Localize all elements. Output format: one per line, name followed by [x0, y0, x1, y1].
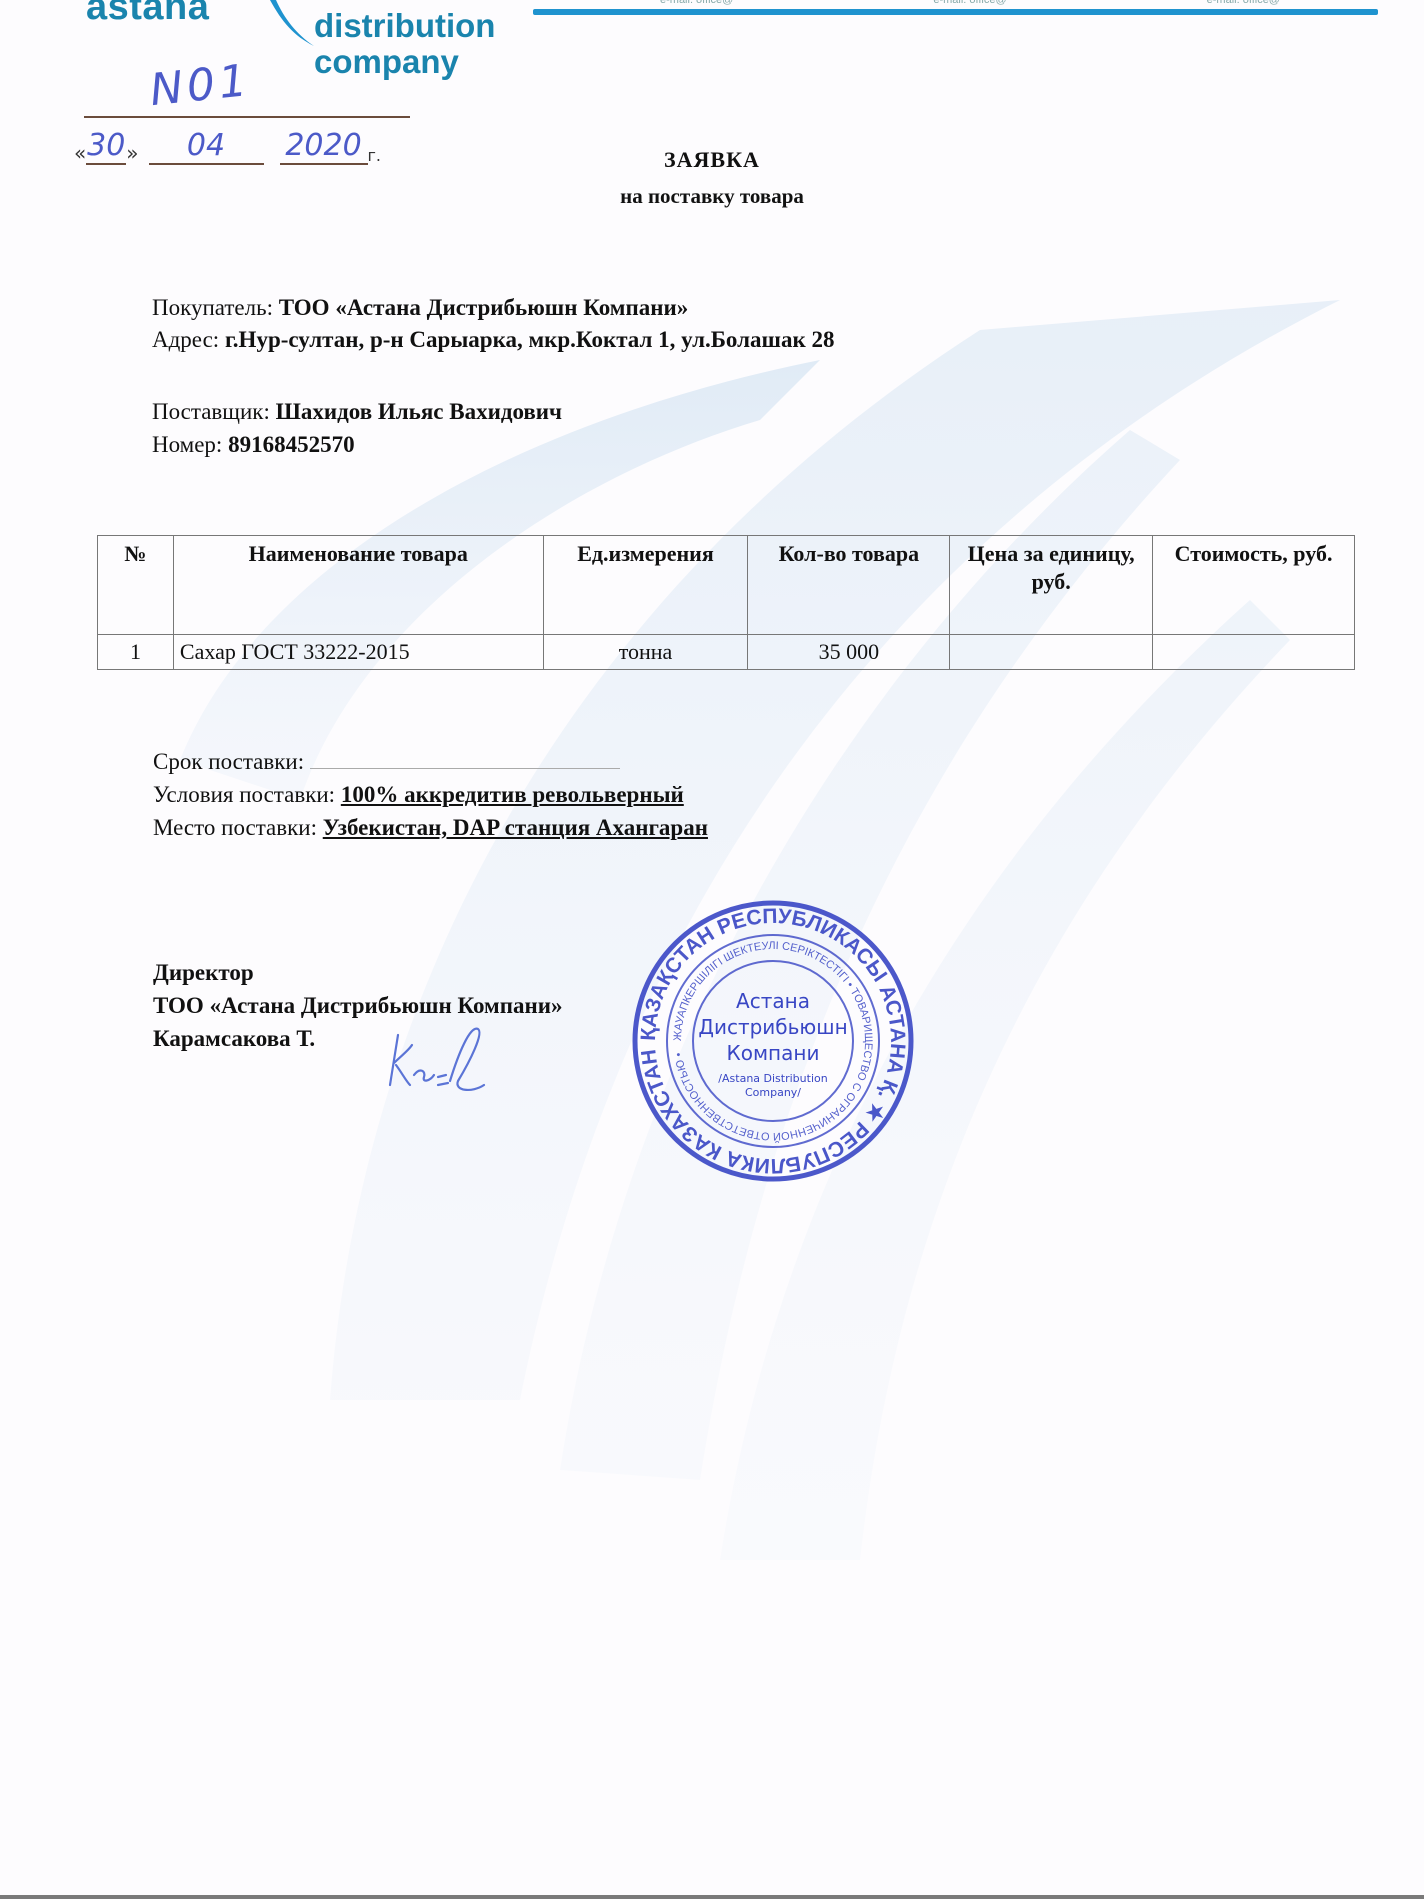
stamp-line-5: Company/: [745, 1086, 801, 1099]
cell-number: 1: [98, 635, 174, 670]
conditions-line: Условия поставки: 100% аккредитив револь…: [153, 780, 684, 810]
col-header-quantity: Кол-во товара: [748, 536, 950, 635]
cell-total: [1153, 635, 1355, 670]
conditions-value: 100% аккредитив револьверный: [341, 782, 684, 807]
buyer-line: Покупатель: ТОО «Астана Дистрибьюшн Комп…: [152, 293, 688, 323]
logo-astana: astana: [86, 0, 209, 29]
stamp-line-2: Дистрибьюшн: [698, 1015, 847, 1039]
header-contacts: e-mail: office@ e-mail: office@ e-mail: …: [560, 0, 1380, 6]
cell-quantity: 35 000: [748, 635, 950, 670]
conditions-label: Условия поставки:: [153, 782, 335, 807]
col-header-name: Наименование товара: [173, 536, 543, 635]
phone-line: Номер: 89168452570: [152, 430, 355, 460]
logo-line-company: company: [314, 44, 495, 80]
place-value: Узбекистан, DAP станция Ахангаран: [323, 815, 708, 840]
stamp-line-1: Астана: [736, 989, 810, 1013]
phone-label: Номер:: [152, 432, 222, 457]
signatory-position: Директор: [153, 958, 254, 988]
contact-email: e-mail: office@: [933, 0, 1006, 6]
phone-value: 89168452570: [228, 432, 355, 457]
header-bar: [533, 9, 1378, 15]
delivery-time-blank: [310, 748, 620, 769]
place-label: Место поставки:: [153, 815, 317, 840]
address-value: г.Нур-султан, р-н Сарыарка, мкр.Коктал 1…: [225, 327, 835, 352]
table-header-row: № Наименование товара Ед.измерения Кол-в…: [98, 536, 1355, 635]
buyer-value: ТОО «Астана Дистрибьюшн Компани»: [279, 295, 688, 320]
delivery-time-label: Срок поставки:: [153, 749, 304, 774]
logo-swoosh-icon: [268, 0, 318, 48]
number-underline: [84, 116, 410, 118]
col-header-unit: Ед.измерения: [543, 536, 748, 635]
document-number: N01: [148, 55, 254, 116]
supplier-value: Шахидов Ильяс Вахидович: [276, 399, 562, 424]
address-label: Адрес:: [152, 327, 219, 352]
supplier-label: Поставщик:: [152, 399, 270, 424]
address-line: Адрес: г.Нур-султан, р-н Сарыарка, мкр.К…: [152, 325, 834, 355]
signatory-name: Карамсакова Т.: [153, 1024, 315, 1054]
place-line: Место поставки: Узбекистан, DAP станция …: [153, 813, 708, 843]
goods-table: № Наименование товара Ед.измерения Кол-в…: [97, 535, 1355, 670]
contact-email: e-mail: office@: [660, 0, 733, 6]
document-title: ЗАЯВКА: [0, 147, 1424, 173]
signatory-company: ТОО «Астана Дистрибьюшн Компани»: [153, 991, 562, 1021]
buyer-label: Покупатель:: [152, 295, 273, 320]
stamp-line-4: /Astana Distribution: [718, 1072, 827, 1085]
contact-email: e-mail: office@: [1207, 0, 1280, 6]
page-bottom-edge: [0, 1895, 1424, 1899]
stamp-line-3: Компани: [727, 1041, 820, 1065]
supplier-line: Поставщик: Шахидов Ильяс Вахидович: [152, 397, 562, 427]
col-header-total: Стоимость, руб.: [1153, 536, 1355, 635]
col-header-number: №: [98, 536, 174, 635]
cell-unit-price: [950, 635, 1153, 670]
col-header-unit-price: Цена за единицу, руб.: [950, 536, 1153, 635]
document-subtitle: на поставку товара: [0, 184, 1424, 209]
logo-distribution-company: distribution company: [314, 8, 495, 80]
cell-name: Сахар ГОСТ 33222-2015: [173, 635, 543, 670]
delivery-time-line: Срок поставки:: [153, 747, 620, 777]
company-stamp: ҚАЗАҚСТАН РЕСПУБЛИКАСЫ АСТАНА Қ. ★ РЕСПУ…: [630, 898, 916, 1184]
logo-line-distribution: distribution: [314, 8, 495, 44]
table-row: 1 Сахар ГОСТ 33222-2015 тонна 35 000: [98, 635, 1355, 670]
handwritten-signature: [380, 1015, 500, 1095]
cell-unit: тонна: [543, 635, 748, 670]
